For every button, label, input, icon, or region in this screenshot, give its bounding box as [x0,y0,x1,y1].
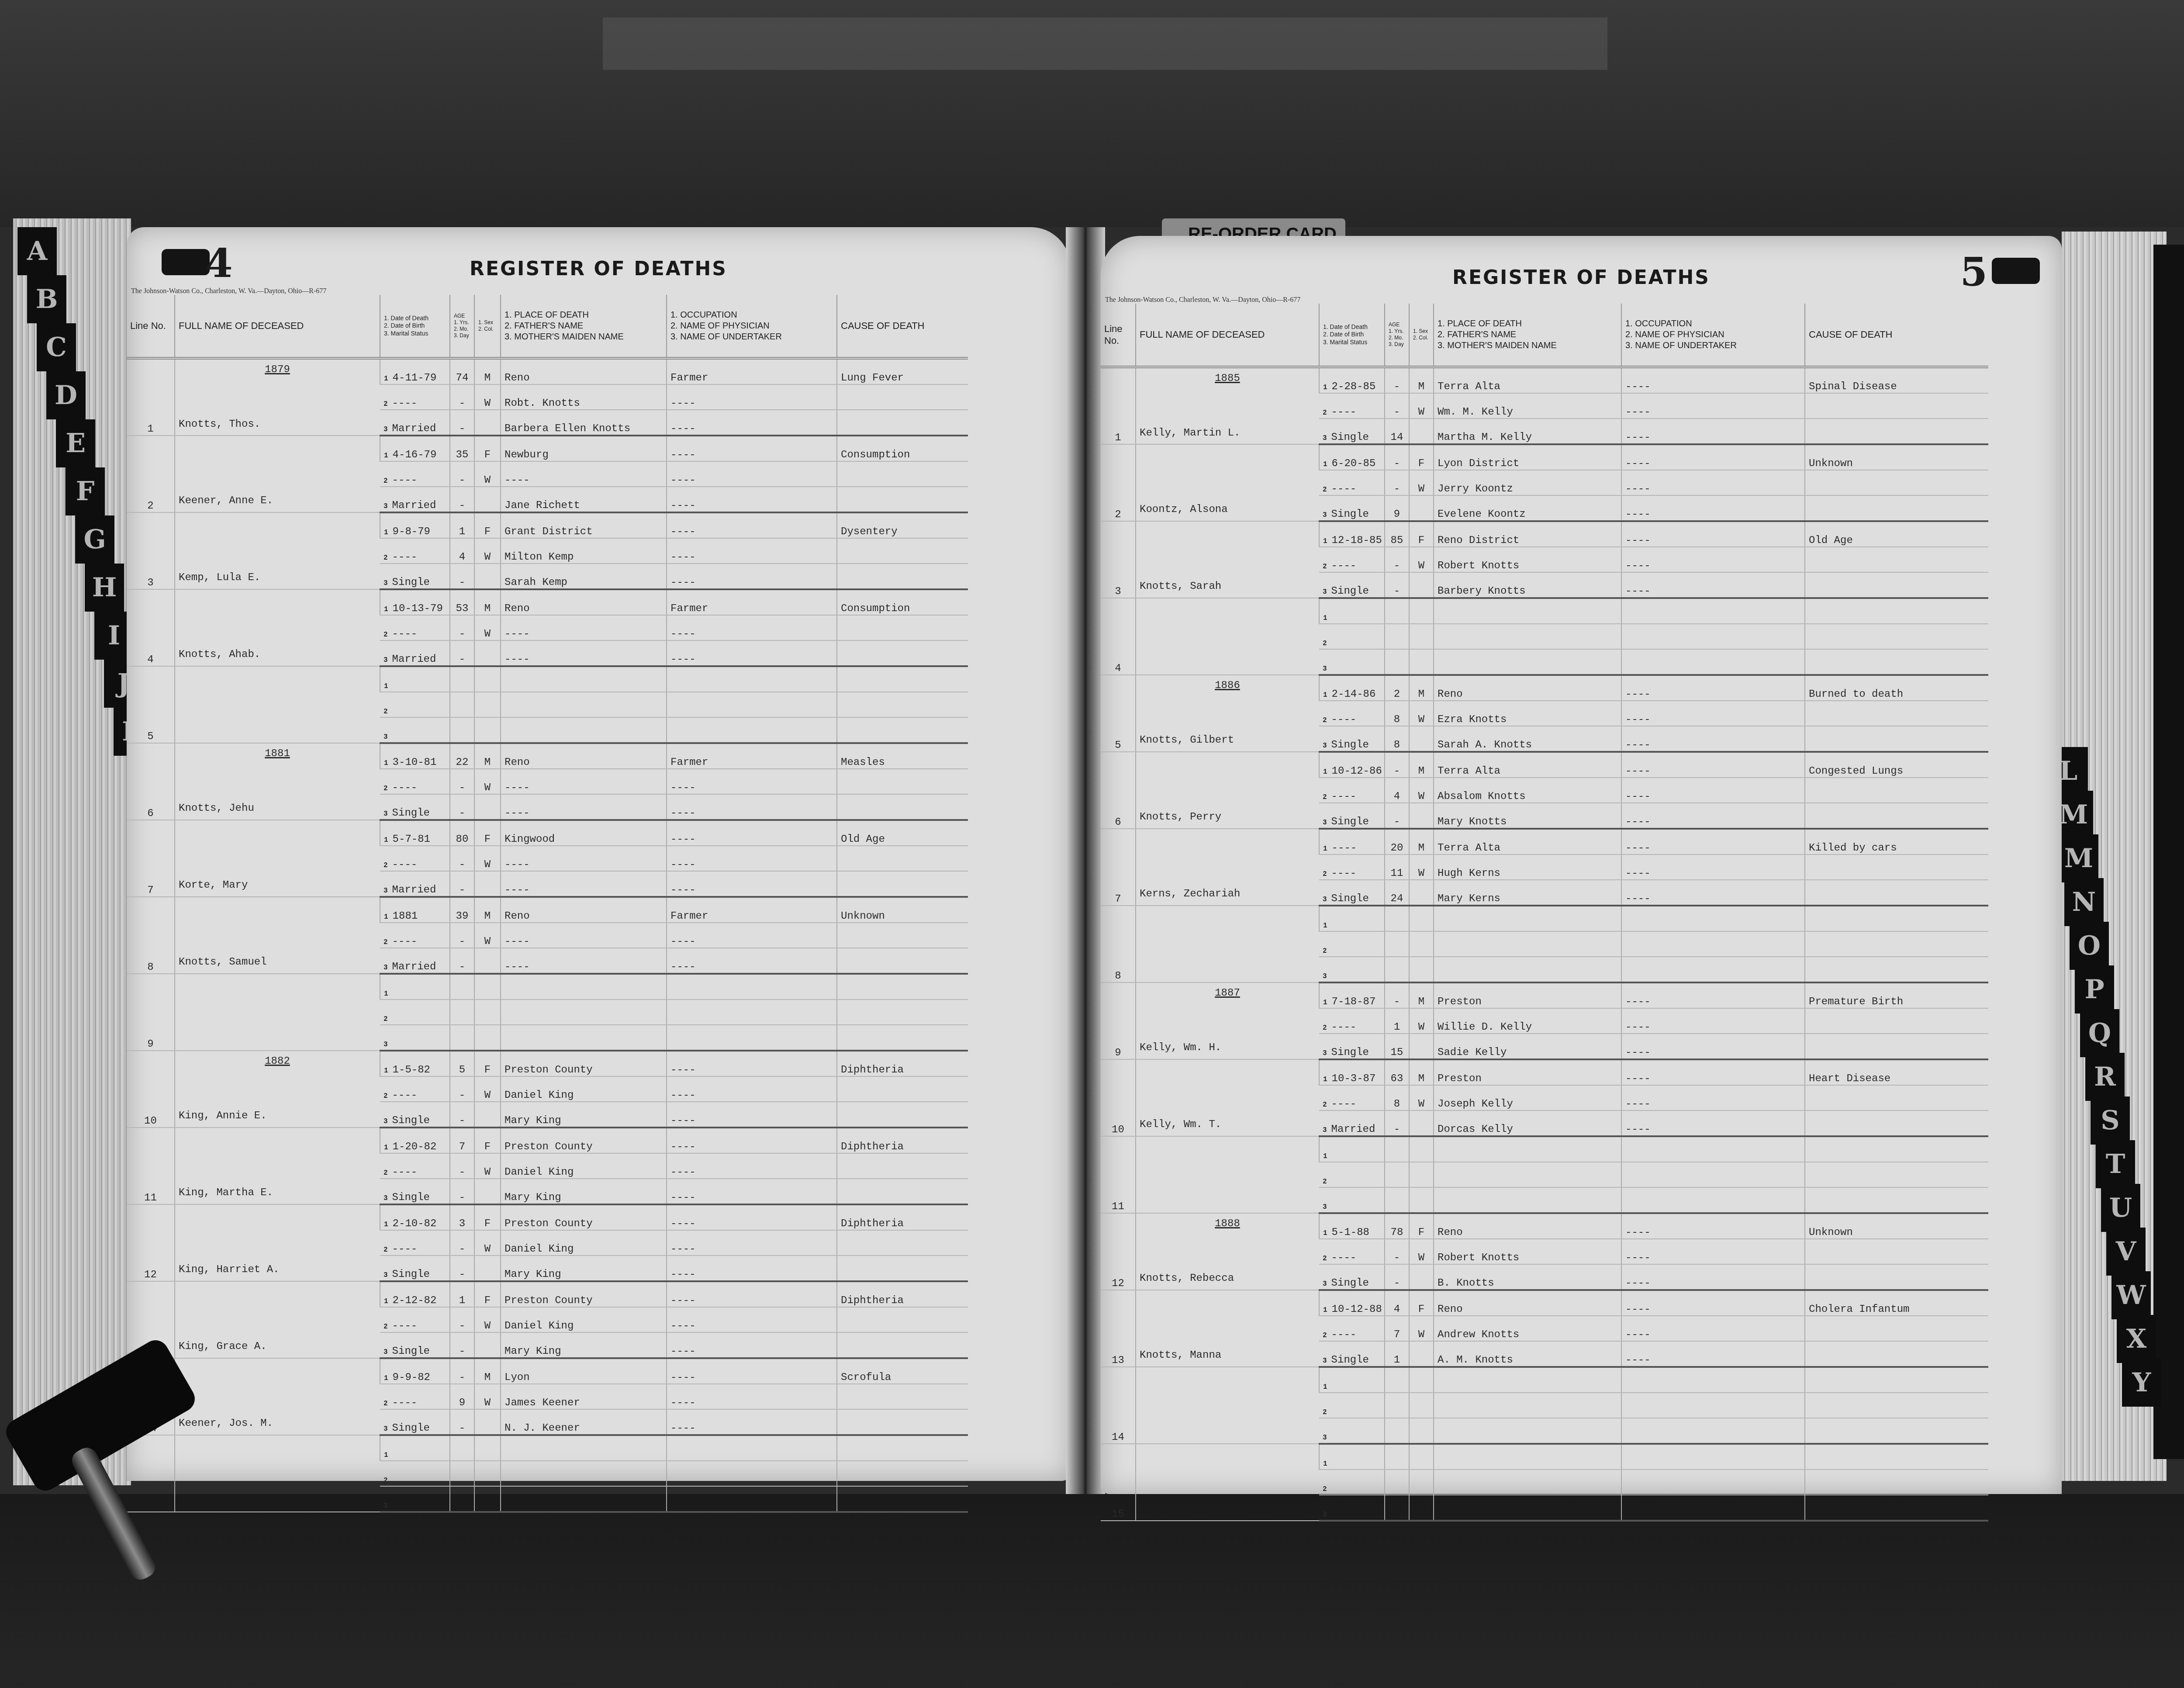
table-row: 3Kemp, Lula E.19-8-791FGrant District---… [127,512,968,538]
sex-color-cell [474,1102,501,1128]
occupation-cell: ---- [1621,393,1805,419]
age-cell [450,1461,474,1486]
date-value: Single [392,1346,430,1357]
sub-row-number: 3 [1323,1434,1327,1442]
date-cell: 15-1-88 [1319,1213,1385,1239]
sub-row-number: 1 [384,836,388,844]
index-tab-t[interactable]: T [2096,1140,2135,1188]
sub-row-number: 2 [1323,1255,1327,1263]
sex-color-cell [474,948,501,974]
date-value: Married [392,961,436,973]
occupation-cell [1621,598,1805,624]
cause-cell [837,948,968,974]
sub-row-number: 3 [384,1041,388,1048]
right-page: 5 REGISTER OF DEATHS The Johnson-Watson … [1101,236,2062,1494]
index-tab-y[interactable]: Y [2122,1359,2161,1407]
occupation-cell: ---- [1621,547,1805,572]
date-cell: 3Single [1319,803,1385,829]
date-cell: 3 [380,1025,450,1051]
deceased-name: Knotts, Perry [1136,752,1319,829]
deceased-full-name: Knotts, Thos. [179,419,376,433]
index-tab-w[interactable]: W [2111,1271,2151,1319]
line-number: 4 [1101,598,1136,675]
sub-row-number: 1 [1323,1306,1327,1314]
age-cell: 1 [1385,1341,1409,1367]
date-value: Single [1331,1354,1369,1366]
date-cell: 19-8-79 [380,512,450,538]
date-value: 10-12-86 [1332,765,1382,777]
date-cell: 11-20-82 [380,1128,450,1153]
year-heading [1140,1444,1315,1462]
place-parent-cell: Terra Alta [1434,752,1621,778]
place-parent-cell [501,1461,667,1486]
sub-row-number: 3 [1323,434,1327,442]
cause-cell [837,692,968,717]
cause-cell [837,923,968,948]
place-parent-cell [1434,1393,1621,1418]
sub-row-number: 2 [384,785,388,792]
sex-color-cell [474,871,501,897]
deceased-full-name: Knotts, Rebecca [1140,1273,1315,1287]
occupation-cell [1621,1187,1805,1213]
place-parent-cell: Reno [501,358,667,384]
deceased-name: 1886Knotts, Gilbert [1136,675,1319,752]
age-cell [1385,1495,1409,1521]
age-cell [1385,1444,1409,1470]
occupation-cell [667,974,837,1000]
date-value: Single [392,1192,430,1204]
cause-cell [837,538,968,564]
age-cell: - [450,1307,474,1332]
cause-cell [837,1102,968,1128]
place-parent-cell: Andrew Knotts [1434,1316,1621,1341]
cause-cell [1805,419,1988,444]
date-cell: 2---- [380,923,450,948]
index-tab-h[interactable]: H [85,564,124,612]
table-row: 2Koontz, Alsona16-20-85-FLyon District--… [1101,444,1988,470]
deceased-full-name: Kerns, Zechariah [1140,888,1315,903]
date-cell: 110-13-79 [380,589,450,615]
age-cell: - [450,1409,474,1435]
place-parent-cell: Robert Knotts [1434,1239,1621,1264]
deceased-full-name [179,737,376,740]
date-value: 1-20-82 [393,1141,437,1153]
age-cell [1385,1367,1409,1393]
place-parent-cell: Hugh Kerns [1434,854,1621,880]
date-cell: 14-11-79 [380,358,450,384]
index-tab-v[interactable]: V [2106,1228,2146,1276]
table-row: 8Knotts, Samuel1188139MRenoFarmerUnknown [127,897,968,923]
cause-cell: Burned to death [1805,675,1988,701]
sex-color-cell [1409,649,1434,675]
table-row: 151 [1101,1444,1988,1470]
date-cell: 2---- [1319,1316,1385,1341]
index-tab-a[interactable]: A [17,227,57,275]
date-cell: 1 [1319,1136,1385,1162]
age-cell: - [1385,572,1409,598]
sub-row-number: 2 [384,1169,388,1177]
sex-color-cell: W [1409,778,1434,803]
cause-cell [1805,1393,1988,1418]
index-tab-q[interactable]: Q [2080,1009,2119,1057]
place-parent-cell: Preston County [501,1204,667,1230]
date-cell: 3 [1319,649,1385,675]
date-value: 4-11-79 [393,372,437,384]
year-heading [179,1128,376,1145]
cause-cell [837,1384,968,1409]
sex-color-cell [1409,726,1434,752]
cause-cell [1805,1034,1988,1059]
background-shelf [603,17,1607,70]
place-parent-cell: Ezra Knotts [1434,701,1621,726]
cause-cell [837,640,968,666]
sex-color-cell: W [1409,1316,1434,1341]
date-cell: 2---- [380,769,450,794]
place-parent-cell: Lyon District [1434,444,1621,470]
index-tab-n[interactable]: N [2064,878,2104,926]
line-number: 2 [127,436,175,512]
date-cell: 110-3-87 [1319,1059,1385,1085]
cause-cell: Heart Disease [1805,1059,1988,1085]
sub-row-number: 3 [384,579,388,587]
cause-cell [837,1435,968,1461]
sub-row-number: 1 [384,1144,388,1152]
date-cell: 2---- [1319,701,1385,726]
sex-color-cell [1409,624,1434,649]
sex-color-cell [1409,1264,1434,1290]
line-number: 13 [1101,1290,1136,1367]
occupation-cell: ---- [667,948,837,974]
age-cell: - [450,1332,474,1358]
sex-color-cell [474,794,501,820]
sub-row-number: 1 [1323,922,1327,930]
date-cell: 2---- [380,1230,450,1256]
sub-row-number: 2 [384,631,388,639]
age-cell: - [1385,444,1409,470]
place-parent-cell: Mary King [501,1102,667,1128]
cause-cell [1805,1316,1988,1341]
index-tab-c[interactable]: C [37,323,76,371]
deceased-full-name: King, Grace A. [179,1341,376,1355]
date-value: ---- [1331,483,1357,495]
age-cell: - [450,846,474,871]
sex-color-cell [1409,495,1434,521]
book-cover-edge-right [2153,245,2184,1459]
date-cell: 2 [1319,1470,1385,1495]
date-cell: 1 [1319,598,1385,624]
sub-row-number: 2 [384,1323,388,1331]
place-parent-cell: ---- [501,769,667,794]
deceased-full-name [1140,1207,1315,1210]
occupation-cell [667,1000,837,1025]
header-dates: 1. Date of Death2. Date of Birth3. Marit… [380,295,450,358]
sub-row-number: 3 [384,656,388,664]
sub-row-number: 2 [384,1400,388,1408]
place-parent-cell [1434,1495,1621,1521]
sub-row-number: 1 [1323,1229,1327,1237]
occupation-cell: ---- [667,538,837,564]
place-parent-cell [501,692,667,717]
year-heading: 1881 [179,744,376,761]
date-cell: 14-16-79 [380,436,450,461]
sub-row-number: 3 [1323,742,1327,750]
header-age: AGE1. Yrs.2. Mo.3. Day [1385,304,1409,367]
line-number: 1 [127,358,175,436]
deceased-name: 1882King, Annie E. [175,1051,380,1128]
occupation-cell: ---- [1621,726,1805,752]
year-heading [1140,522,1315,539]
sex-color-cell: M [1409,1059,1434,1085]
date-cell: 3Single [380,1256,450,1281]
date-cell: 2---- [380,538,450,564]
age-cell: 24 [1385,880,1409,906]
line-number: 15 [1101,1444,1136,1521]
sex-color-cell: W [474,1307,501,1332]
sub-row-number: 3 [1323,896,1327,903]
table-row: 91887Kelly, Wm. H.17-18-87-MPreston----P… [1101,982,1988,1008]
place-parent-cell: Daniel King [501,1153,667,1179]
deceased-name [1136,1367,1319,1444]
table-row: 41 [1101,598,1988,624]
place-parent-cell [501,1025,667,1051]
date-value: ---- [1331,1098,1357,1110]
cause-cell [1805,1418,1988,1444]
occupation-cell: ---- [667,564,837,589]
age-cell: - [450,564,474,589]
place-parent-cell: Joseph Kelly [1434,1085,1621,1110]
deceased-name: Keener, Anne E. [175,436,380,512]
sub-row-number: 1 [1323,537,1327,545]
date-value: 3-10-81 [393,757,437,768]
table-row: 14Keener, Jos. M.19-9-82-MLyon----Scrofu… [127,1358,968,1384]
date-value: Single [1331,432,1369,443]
place-parent-cell: Mary Kerns [1434,880,1621,906]
index-tab-p[interactable]: P [2075,965,2114,1013]
sex-color-cell: F [1409,444,1434,470]
place-parent-cell: Lyon [501,1358,667,1384]
age-cell: - [1385,470,1409,495]
date-value: 12-18-85 [1332,535,1382,547]
cause-cell [1805,1008,1988,1034]
occupation-cell: ---- [667,769,837,794]
date-value: ---- [1331,714,1357,726]
deceased-name: Korte, Mary [175,820,380,897]
sex-color-cell: M [474,589,501,615]
sub-row-number: 3 [1323,588,1327,596]
occupation-cell: ---- [667,1102,837,1128]
date-value: 2-10-82 [393,1218,437,1230]
occupation-cell: Farmer [667,589,837,615]
sex-color-cell [1409,1470,1434,1495]
deceased-name [175,666,380,743]
cause-cell: Spinal Disease [1805,367,1988,393]
occupation-cell [667,692,837,717]
cause-cell [837,1486,968,1512]
date-value: Married [1331,1124,1375,1135]
cause-cell [1805,726,1988,752]
place-parent-cell: Reno [1434,1290,1621,1316]
occupation-cell [667,1025,837,1051]
date-cell: 1 [380,666,450,692]
year-heading [179,1359,376,1376]
index-tab-o[interactable]: O [2070,922,2109,970]
deceased-name: Koontz, Alsona [1136,444,1319,521]
date-value: ---- [1332,842,1357,854]
header-sex: 1. Sex2. Col. [1409,304,1434,367]
occupation-cell: ---- [1621,419,1805,444]
place-parent-cell [1434,1187,1621,1213]
cause-cell: Premature Birth [1805,982,1988,1008]
date-cell: 3 [1319,957,1385,982]
date-cell: 2---- [1319,547,1385,572]
index-tab-g[interactable]: G [75,515,114,564]
occupation-cell: ---- [667,615,837,640]
date-cell: 2 [1319,1393,1385,1418]
age-cell: 1 [450,512,474,538]
place-parent-cell: A. M. Knotts [1434,1341,1621,1367]
date-value: ---- [392,1090,418,1101]
sex-color-cell [474,1025,501,1051]
sex-color-cell: W [1409,854,1434,880]
occupation-cell [1621,1367,1805,1393]
index-tab-b[interactable]: B [27,275,66,323]
date-cell: 3Single [1319,726,1385,752]
date-cell: 110-12-86 [1319,752,1385,778]
date-cell: 16-20-85 [1319,444,1385,470]
deceased-name: Knotts, Ahab. [175,589,380,666]
line-number: 12 [1101,1213,1136,1290]
date-value: Single [392,1115,430,1127]
table-row: 61881Knotts, Jehu13-10-8122MRenoFarmerMe… [127,743,968,769]
index-tab-m[interactable]: M [2059,834,2098,882]
place-parent-cell: Sarah A. Knotts [1434,726,1621,752]
date-cell: 3Married [380,410,450,436]
occupation-cell [667,1461,837,1486]
index-tab-x[interactable]: X [2117,1315,2156,1363]
age-cell: - [1385,982,1409,1008]
date-cell: 1 [1319,1444,1385,1470]
sex-color-cell: W [1409,1008,1434,1034]
index-tab-e[interactable]: E [56,419,95,467]
cause-cell: Measles [837,743,968,769]
sex-color-cell: W [474,1384,501,1409]
occupation-cell [1621,1136,1805,1162]
sex-color-cell: F [1409,1290,1434,1316]
occupation-cell [667,666,837,692]
occupation-cell: ---- [667,1230,837,1256]
sub-row-number: 3 [384,1117,388,1125]
place-parent-cell: Mary Knotts [1434,803,1621,829]
occupation-cell [1621,906,1805,931]
sub-row-number: 3 [384,425,388,433]
cause-cell [1805,1110,1988,1136]
header-place: 1. PLACE OF DEATH2. FATHER'S NAME3. MOTH… [501,295,667,358]
age-cell: 80 [450,820,474,846]
sub-row-number: 2 [384,477,388,485]
index-tab-s[interactable]: S [2091,1097,2130,1145]
age-cell: - [450,871,474,897]
date-cell: 2 [1319,931,1385,957]
sex-color-cell: M [1409,982,1434,1008]
place-parent-cell: Reno District [1434,521,1621,547]
sub-row-number: 1 [384,759,388,767]
date-value: 5-7-81 [393,834,430,845]
sub-row-number: 2 [1323,793,1327,801]
sex-color-cell [474,640,501,666]
sex-color-cell: M [1409,675,1434,701]
date-value: ---- [392,1320,418,1332]
line-number: 12 [127,1204,175,1281]
sex-color-cell: W [474,1076,501,1102]
age-cell: - [450,1153,474,1179]
index-tab-f[interactable]: F [66,467,105,515]
line-number: 8 [1101,906,1136,982]
occupation-cell: Farmer [667,743,837,769]
sex-color-cell: W [474,461,501,487]
index-tab-r[interactable]: R [2085,1053,2125,1101]
cause-cell [1805,547,1988,572]
sub-row-number: 1 [1323,1152,1327,1160]
index-tab-d[interactable]: D [46,371,86,419]
date-cell: 1 [1319,1367,1385,1393]
deceased-name: King, Grace A. [175,1281,380,1358]
index-tab-u[interactable]: U [2101,1184,2140,1232]
year-heading [179,667,376,684]
cause-cell [1805,1367,1988,1393]
place-parent-cell [1434,1367,1621,1393]
sub-row-number: 3 [1323,1203,1327,1211]
date-cell: 3Single [1319,495,1385,521]
place-parent-cell: Jerry Koontz [1434,470,1621,495]
occupation-cell: ---- [1621,1059,1805,1085]
age-cell: - [1385,393,1409,419]
place-parent-cell [1434,598,1621,624]
table-row: 6Knotts, Perry110-12-86-MTerra Alta----C… [1101,752,1988,778]
year-heading [1140,1367,1315,1385]
date-value: Single [392,577,430,588]
year-heading [179,820,376,838]
year-heading: 1879 [179,360,376,377]
date-value: 2-28-85 [1332,381,1376,393]
sex-color-cell: F [1409,521,1434,547]
place-parent-cell: Mary King [501,1179,667,1204]
cause-cell [837,769,968,794]
date-value: ---- [1331,560,1357,572]
occupation-cell: ---- [1621,1264,1805,1290]
sub-row-number: 3 [384,887,388,895]
occupation-cell: ---- [1621,880,1805,906]
year-heading [179,1435,376,1453]
date-value: Single [1331,585,1369,597]
date-cell: 2---- [1319,778,1385,803]
date-cell: 2---- [380,1153,450,1179]
occupation-cell: ---- [667,1153,837,1179]
table-row: 7Kerns, Zechariah1----20MTerra Alta----K… [1101,829,1988,854]
table-row: 101882King, Annie E.11-5-825FPreston Cou… [127,1051,968,1076]
place-parent-cell: Kingwood [501,820,667,846]
sex-color-cell [474,1409,501,1435]
cause-cell: Old Age [1805,521,1988,547]
sex-color-cell [1409,1444,1434,1470]
year-heading [1140,1060,1315,1077]
date-value: ---- [1331,1252,1357,1264]
occupation-cell [667,1435,837,1461]
header-line-no: Line No. [1101,304,1136,367]
cause-cell [837,384,968,410]
place-parent-cell [501,1486,667,1512]
cause-cell [837,1153,968,1179]
date-value: ---- [392,1166,418,1178]
